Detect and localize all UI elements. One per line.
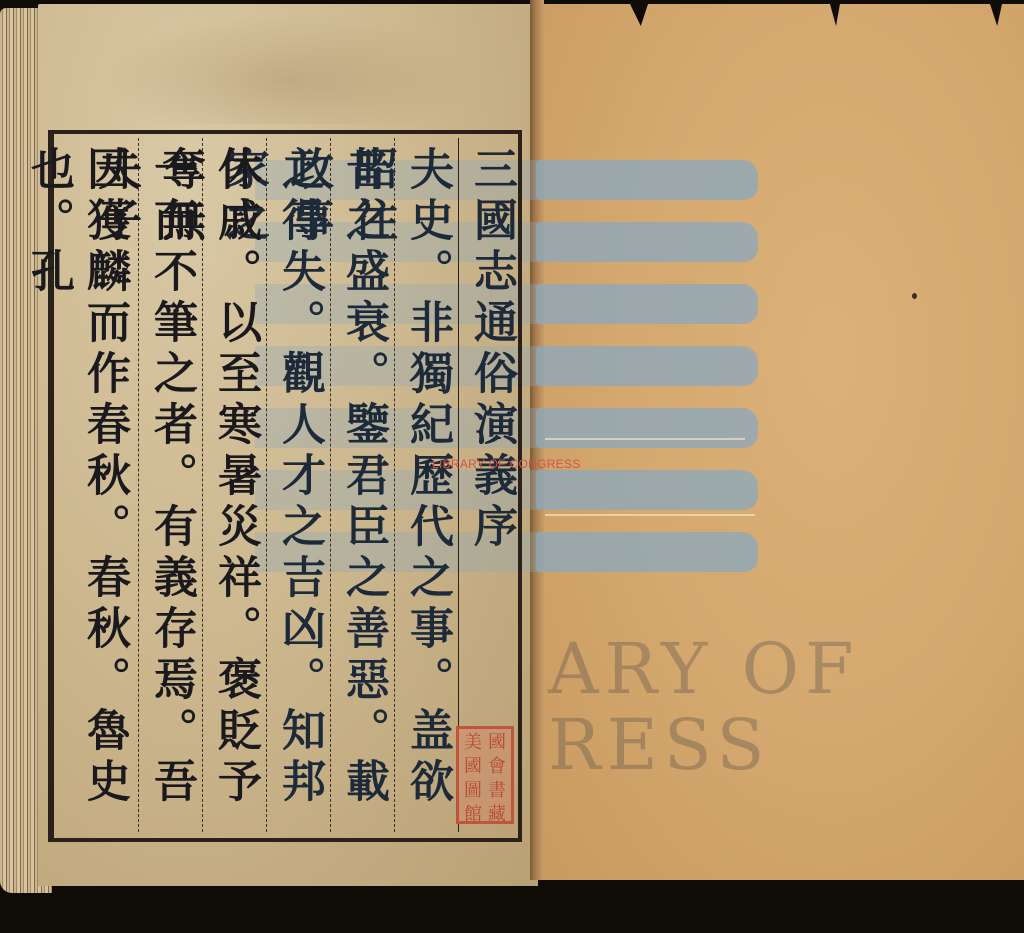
- preface-title: 三國志通俗演義序: [463, 146, 519, 554]
- blue-stripe: [536, 532, 758, 572]
- seal-glyph: 國: [462, 756, 484, 778]
- ink-speck: [912, 293, 917, 299]
- text-column-3: 之得失。觀人才之吉凶。知邦家之: [266, 138, 331, 832]
- watermark-line-2: RESS: [548, 704, 770, 786]
- blue-stripe: [536, 408, 758, 448]
- library-seal: 美 國 國 會 圖 書 館 藏: [456, 726, 514, 824]
- blue-stripe: [536, 470, 758, 510]
- text-column-6: 因獲麟而作春秋。春秋。魯史也。孔: [72, 138, 136, 832]
- library-of-congress-stamp: LIBRARY OF CONGRESS: [432, 457, 581, 471]
- column-text: 因獲麟而作春秋。春秋。魯史也。孔: [76, 146, 132, 832]
- seal-glyph: 館: [462, 804, 484, 826]
- torn-edge: [830, 4, 840, 26]
- seal-glyph: 國: [486, 732, 508, 754]
- column-text: 昔之盛衰。鑒君臣之善惡。載政事: [335, 146, 391, 832]
- seal-glyph: 美: [462, 732, 484, 754]
- column-text: 休戚。以至寒暑災祥。褒貶予奪無: [207, 146, 263, 832]
- blue-stripe: [536, 160, 758, 200]
- paper-crease: [545, 514, 755, 516]
- torn-edge: [990, 4, 1002, 26]
- text-column-4: 休戚。以至寒暑災祥。褒貶予奪無: [202, 138, 267, 832]
- blue-stripe: [536, 222, 758, 262]
- blue-stripe: [536, 284, 758, 324]
- seal-glyph: 書: [486, 780, 508, 802]
- paper-crease: [545, 438, 745, 440]
- blue-stripe: [536, 346, 758, 386]
- column-text: 之得失。觀人才之吉凶。知邦家之: [271, 146, 327, 832]
- text-column-1: 夫史。非獨紀歷代之事。盖欲昭往: [394, 138, 459, 832]
- seal-glyph: 會: [486, 756, 508, 778]
- printed-text-frame: 三國志通俗演義序 夫史。非獨紀歷代之事。盖欲昭往 昔之盛衰。鑒君臣之善惡。載政事…: [48, 130, 522, 842]
- seal-glyph: 藏: [486, 804, 508, 826]
- water-stain: [98, 14, 478, 124]
- text-column-2: 昔之盛衰。鑒君臣之善惡。載政事: [330, 138, 395, 832]
- text-column-5: 一而不筆之者。有義存焉。吾夫子: [138, 138, 203, 832]
- seal-glyph: 圖: [462, 780, 484, 802]
- torn-edge: [630, 4, 648, 26]
- column-text: 一而不筆之者。有義存焉。吾夫子: [143, 146, 199, 832]
- watermark-line-1: ARY OF: [548, 628, 860, 710]
- column-text: 夫史。非獨紀歷代之事。盖欲昭往: [399, 146, 455, 832]
